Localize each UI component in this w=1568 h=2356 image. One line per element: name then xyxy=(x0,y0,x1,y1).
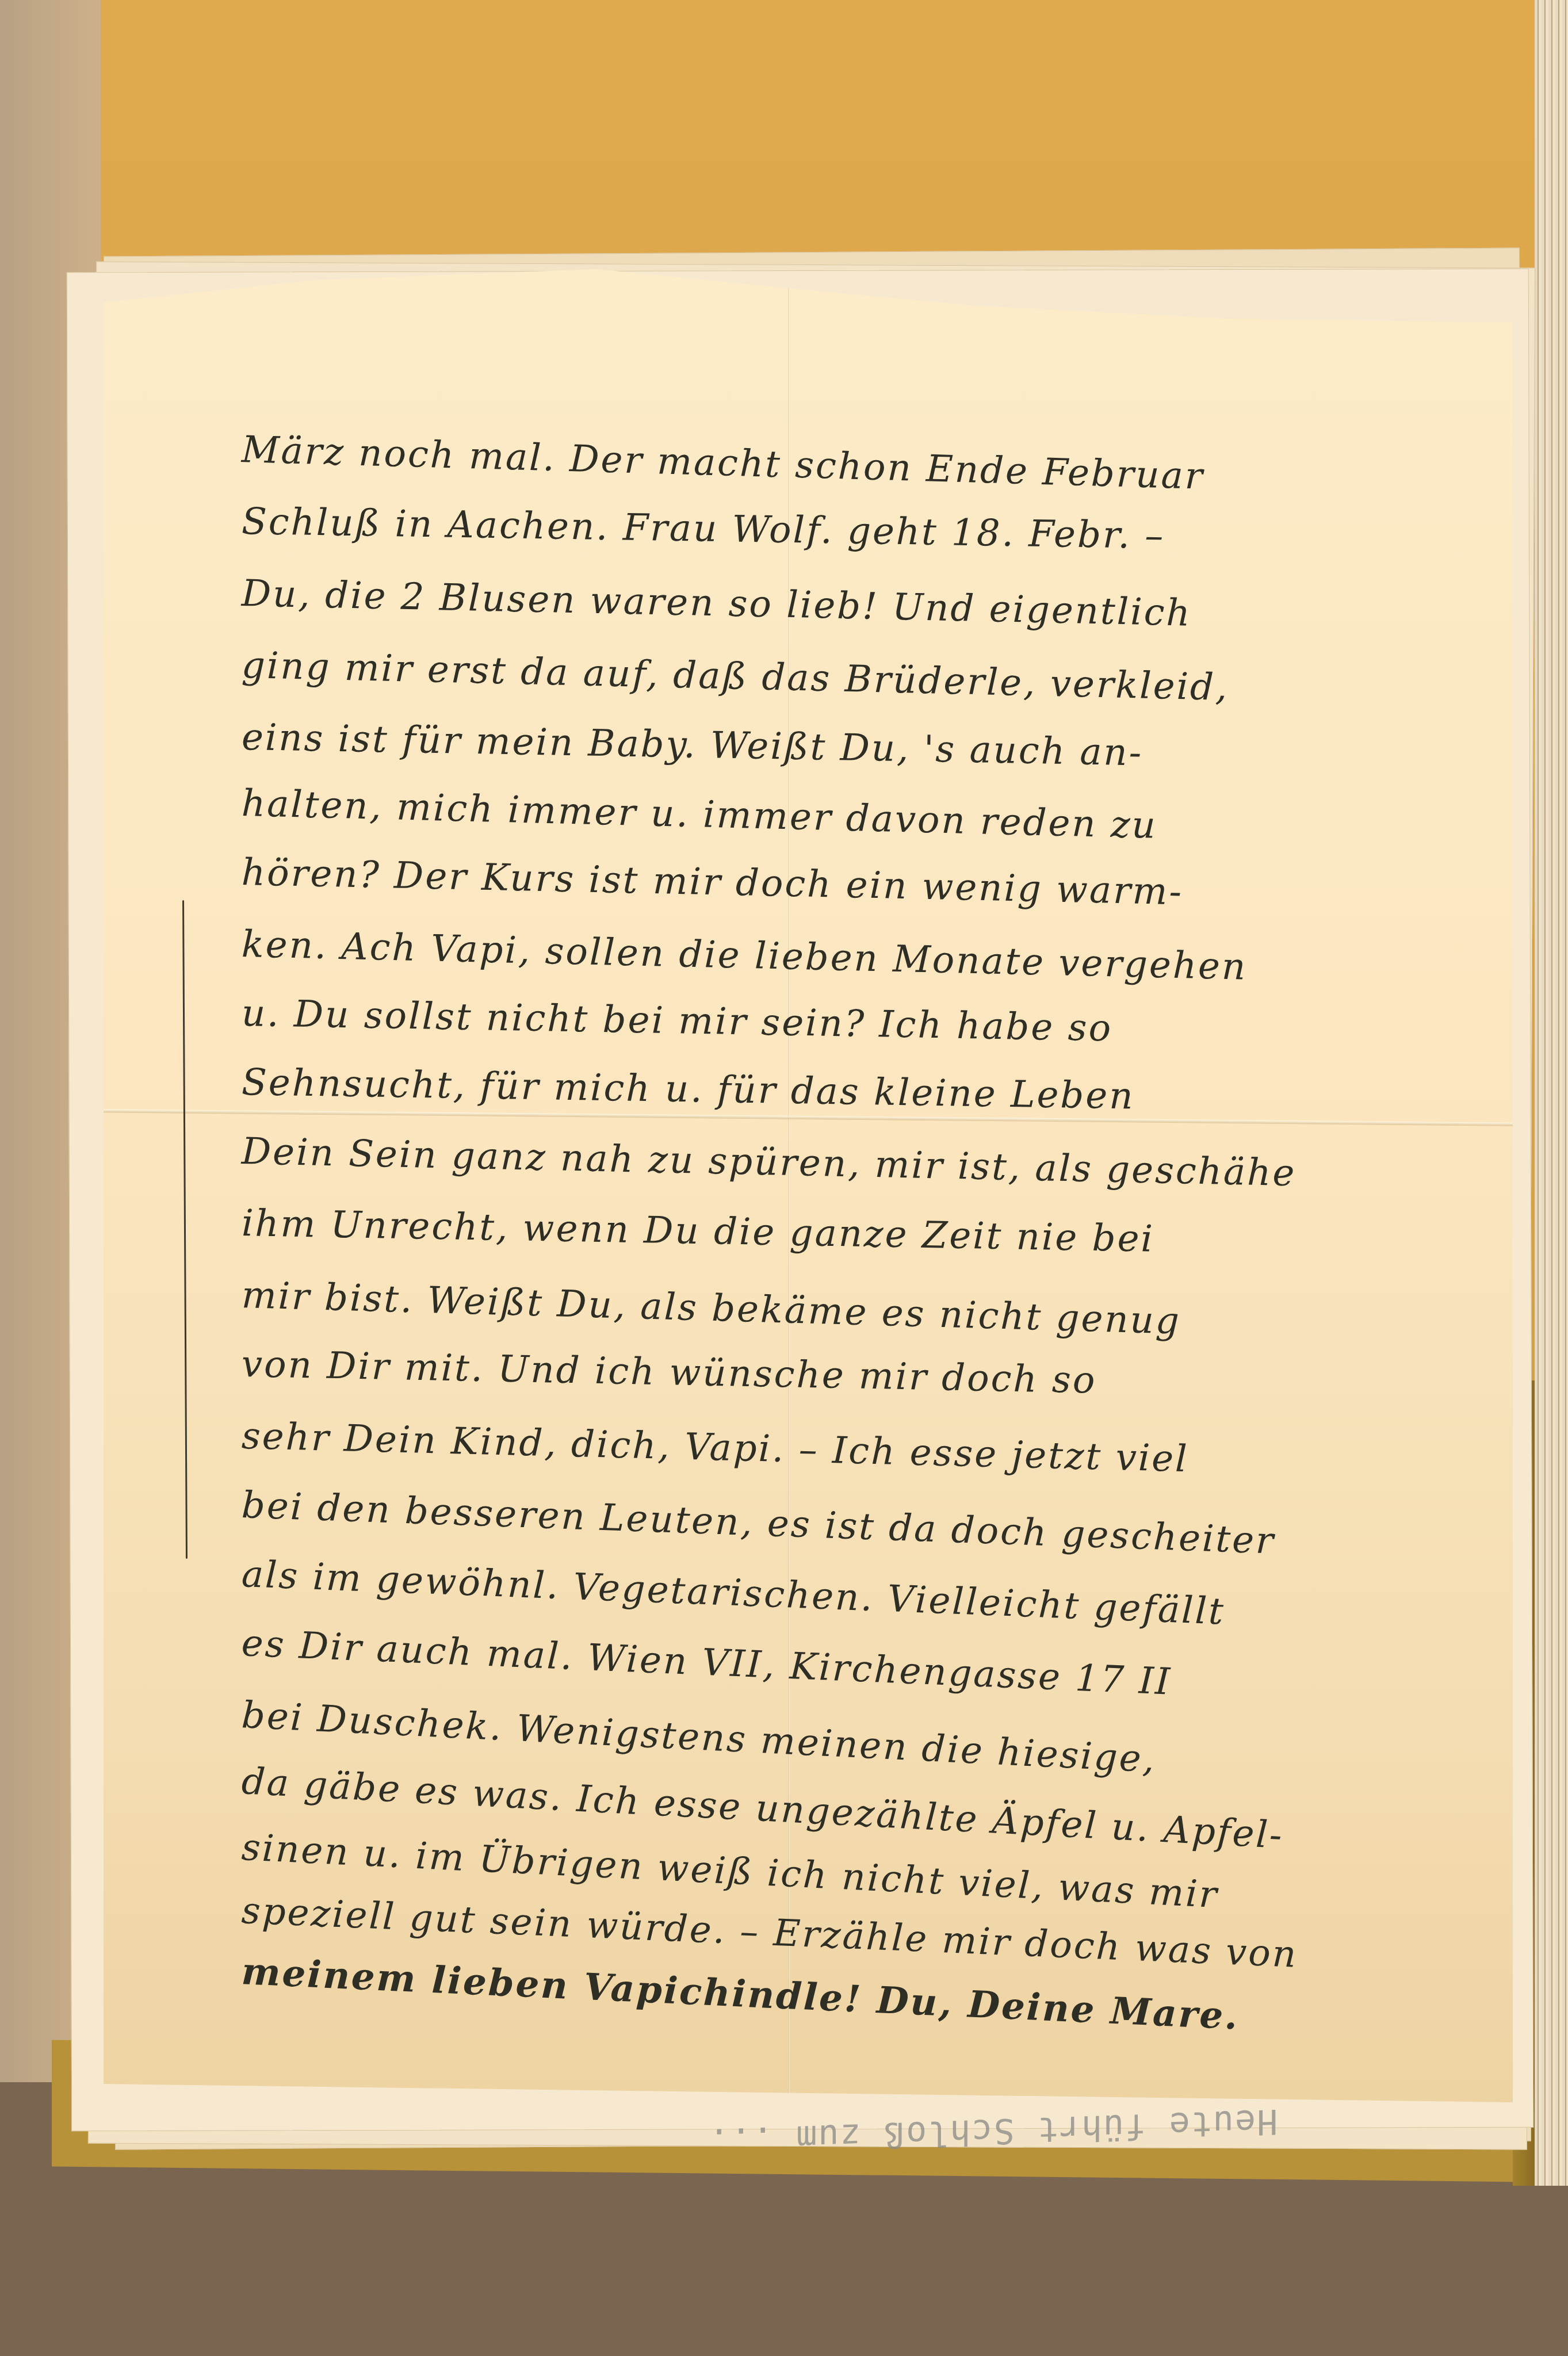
letter-line: Schluß in Aachen. Frau Wolf. geht 18. Fe… xyxy=(241,500,1165,557)
letter-line: halten, mich immer u. immer davon reden … xyxy=(241,782,1158,847)
letter-line: bei den besseren Leuten, es ist da doch … xyxy=(241,1484,1276,1563)
adjacent-paper-stack xyxy=(1535,0,1568,2186)
letter-line: von Dir mit. Und ich wünsche mir doch so xyxy=(241,1343,1097,1402)
margin-mark-line xyxy=(182,900,188,1559)
letter-line: sehr Dein Kind, dich, Vapi. – Ich esse j… xyxy=(241,1415,1189,1481)
letter-line: ken. Ach Vapi, sollen die lieben Monate … xyxy=(241,923,1248,989)
letter-line: u. Du sollst nicht bei mir sein? Ich hab… xyxy=(241,992,1112,1050)
letter-line: ging mir erst da auf, daß das Brüderle, … xyxy=(241,644,1229,709)
letter-line: als im gewöhnl. Vegetarischen. Vielleich… xyxy=(241,1553,1226,1634)
letter-line: Du, die 2 Blusen waren so lieb! Und eige… xyxy=(241,572,1192,635)
letter-line: Sehnsucht, für mich u. für das kleine Le… xyxy=(241,1061,1135,1118)
letter-line: hören? Der Kurs ist mir doch ein wenig w… xyxy=(241,851,1184,913)
letter-line: ihm Unrecht, wenn Du die ganze Zeit nie … xyxy=(241,1202,1154,1261)
letter-line: März noch mal. Der macht schon Ende Febr… xyxy=(241,429,1204,498)
letter-line: mir bist. Weißt Du, als bekäme es nicht … xyxy=(241,1274,1181,1343)
letter-line: eins ist für mein Baby. Weißt Du, 's auc… xyxy=(241,716,1144,774)
letter-page: März noch mal. Der macht schon Ende Febr… xyxy=(104,262,1513,2102)
letter-line: Dein Sein ganz nah zu spüren, mir ist, a… xyxy=(241,1130,1297,1195)
letter-line: es Dir auch mal. Wien VII, Kirchengasse … xyxy=(240,1622,1172,1704)
